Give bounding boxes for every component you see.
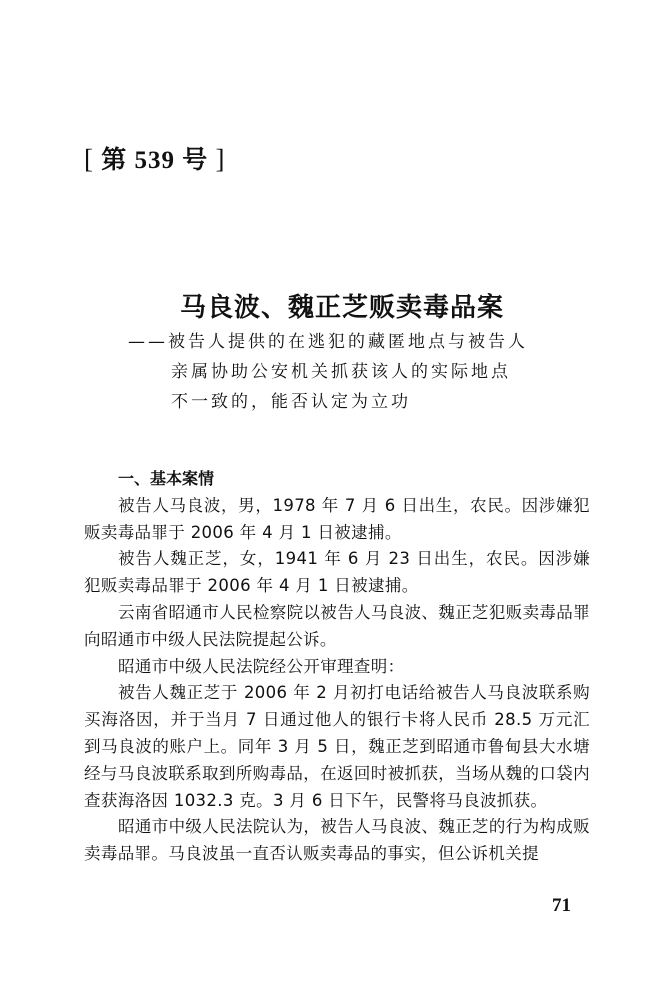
case-title: 马良波、魏正芝贩卖毒品案 [180, 287, 504, 324]
paragraph-court-opinion: 昭通市中级人民法院认为，被告人马良波、魏正芝的行为构成贩卖毒品罪。马良波虽一直否… [84, 814, 590, 868]
case-body: 一、基本案情 被告人马良波，男，1978 年 7 月 6 日出生，农民。因涉嫌犯… [84, 466, 590, 868]
close-bracket: ] [216, 144, 226, 174]
page-number: 71 [552, 895, 571, 917]
subtitle-line-2: 亲属协助公安机关抓获该人的实际地点 [128, 357, 528, 387]
case-subtitle: ——被告人提供的在逃犯的藏匿地点与被告人 亲属协助公安机关抓获该人的实际地点 不… [128, 327, 528, 417]
paragraph-prosecution: 云南省昭通市人民检察院以被告人马良波、魏正芝犯贩卖毒品罪向昭通市中级人民法院提起… [84, 600, 590, 654]
paragraph-facts: 被告人魏正芝于 2006 年 2 月初打电话给被告人马良波联系购买海洛因，并于当… [84, 680, 590, 814]
case-number: [ 第 539 号 ] [84, 140, 226, 176]
section-heading: 一、基本案情 [84, 466, 590, 493]
paragraph-defendant-wei: 被告人魏正芝，女，1941 年 6 月 23 日出生，农民。因涉嫌犯贩卖毒品罪于… [84, 546, 590, 600]
subtitle-line-3: 不一致的，能否认定为立功 [128, 387, 528, 417]
subtitle-line-1: ——被告人提供的在逃犯的藏匿地点与被告人 [128, 327, 528, 357]
case-number-label: 第 539 号 [101, 147, 208, 174]
paragraph-defendant-ma: 被告人马良波，男，1978 年 7 月 6 日出生，农民。因涉嫌犯贩卖毒品罪于 … [84, 493, 590, 547]
paragraph-trial-findings-intro: 昭通市中级人民法院经公开审理查明： [84, 654, 590, 681]
open-bracket: [ [84, 144, 94, 174]
